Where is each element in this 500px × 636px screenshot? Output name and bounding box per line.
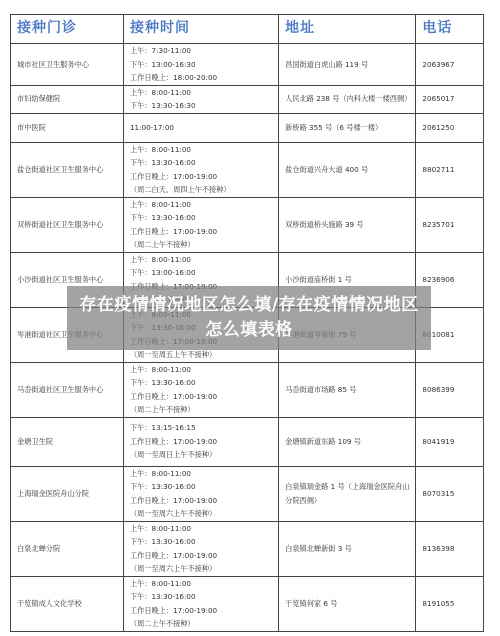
title-overlay-banner: 存在疫情情况地区怎么填/存在疫情情况地区怎么填表格 [67, 286, 431, 350]
time-line: （周二上午不接种） [130, 403, 278, 417]
cell-phone: 8136398 [416, 521, 484, 576]
time-line: 下午：13:30-16:30 [130, 99, 278, 113]
cell-address: 白泉镇瑞金路 1 号（上海瑞金医院舟山分院西侧） [279, 466, 416, 521]
table-row: 城市社区卫生服务中心上午：7:30-11:00下午：13:00-16:30工作日… [11, 44, 484, 86]
cell-address: 干览镇何家 6 号 [279, 576, 416, 631]
time-line: 下午：13:30-16:00 [130, 156, 278, 170]
cell-address: 昌国街道白虎山路 119 号 [279, 44, 416, 86]
cell-time: 上午：8:00-11:00下午：13:30-16:00工作日晚上：17:00-1… [123, 576, 278, 631]
time-line: 下午：13:00-16:30 [130, 58, 278, 72]
time-line: 上午：8:00-11:00 [130, 143, 278, 157]
time-line: 上午：8:00-11:00 [130, 253, 278, 267]
time-line: 上午：7:30-11:00 [130, 44, 278, 58]
time-line: 工作日晚上：17:00-19:00 [130, 390, 278, 404]
table-row: 盐仓街道社区卫生服务中心上午：8:00-11:00下午：13:30-16:00工… [11, 142, 484, 197]
time-line: 下午：13:00-16:00 [130, 266, 278, 280]
time-line: （周一至周六上午不接种） [130, 562, 278, 576]
cell-phone: 8191055 [416, 576, 484, 631]
cell-clinic: 盐仓街道社区卫生服务中心 [11, 142, 124, 197]
cell-clinic: 上海瑞金医院舟山分院 [11, 466, 124, 521]
cell-phone: 8041919 [416, 417, 484, 466]
cell-clinic: 马岙街道社区卫生服务中心 [11, 362, 124, 417]
time-line: 下午：13:30-16:00 [130, 211, 278, 225]
table-row: 市妇幼保健院上午：8:00-11:00下午：13:30-16:30人民北路 23… [11, 85, 484, 113]
cell-time: 上午：8:00-11:00下午：13:30-16:00工作日晚上：17:00-1… [123, 466, 278, 521]
overlay-title: 存在疫情情况地区怎么填/存在疫情情况地区怎么填表格 [79, 293, 419, 343]
cell-time: 11:00-17:00 [123, 113, 278, 142]
cell-clinic: 市中医院 [11, 113, 124, 142]
cell-address: 双桥街道桥头施路 39 号 [279, 197, 416, 252]
cell-time: 上午：8:00-11:00下午：13:30-16:00工作日晚上：17:00-1… [123, 142, 278, 197]
table-row: 双桥街道社区卫生服务中心上午：8:00-11:00下午：13:30-16:00工… [11, 197, 484, 252]
cell-clinic: 市妇幼保健院 [11, 85, 124, 113]
time-line: 下午：13:30-16:00 [130, 480, 278, 494]
time-line: 下午：13:30-16:00 [130, 376, 278, 390]
cell-address: 金塘镇新道东路 109 号 [279, 417, 416, 466]
cell-phone: 2065017 [416, 85, 484, 113]
table-row: 干览镇成人文化学校上午：8:00-11:00下午：13:30-16:00工作日晚… [11, 576, 484, 631]
time-line: 工作日晚上：17:00-19:00 [130, 225, 278, 239]
table-row: 市中医院11:00-17:00新桥路 355 号（6 号楼一楼）2061250 [11, 113, 484, 142]
cell-phone: 8086399 [416, 362, 484, 417]
table-header-row: 接种门诊 接种时间 地址 电话 [11, 15, 484, 44]
cell-phone: 8235701 [416, 197, 484, 252]
time-line: （周二上午不接种） [130, 238, 278, 252]
table-row: 上海瑞金医院舟山分院上午：8:00-11:00下午：13:30-16:00工作日… [11, 466, 484, 521]
cell-time: 上午：8:00-11:00下午：13:30-16:00工作日晚上：17:00-1… [123, 521, 278, 576]
cell-address: 人民北路 238 号（内科大楼一楼西侧） [279, 85, 416, 113]
time-line: 工作日晚上：17:00-19:00 [130, 170, 278, 184]
cell-clinic: 双桥街道社区卫生服务中心 [11, 197, 124, 252]
cell-address: 白泉镇北蝉新街 3 号 [279, 521, 416, 576]
time-line: （周一至周日上午不接种） [130, 448, 278, 462]
cell-phone: 8802711 [416, 142, 484, 197]
time-line: 上午：8:00-11:00 [130, 198, 278, 212]
cell-time: 下午：13:15-16:15工作日晚上：17:00-19:00（周一至周日上午不… [123, 417, 278, 466]
cell-phone: 2063967 [416, 44, 484, 86]
time-line: 11:00-17:00 [130, 121, 278, 135]
time-line: （周二上午不接种） [130, 617, 278, 631]
time-line: 上午：8:00-11:00 [130, 522, 278, 536]
time-line: 工作日晚上：17:00-19:00 [130, 494, 278, 508]
cell-phone: 8070315 [416, 466, 484, 521]
time-line: 下午：13:30-16:00 [130, 535, 278, 549]
cell-phone: 2061250 [416, 113, 484, 142]
cell-time: 上午：8:00-11:00下午：13:30-16:00工作日晚上：17:00-1… [123, 362, 278, 417]
time-line: （周二白天、周四上午不接种） [130, 183, 278, 197]
cell-time: 上午：7:30-11:00下午：13:00-16:30工作日晚上：18:00-2… [123, 44, 278, 86]
cell-address: 新桥路 355 号（6 号楼一楼） [279, 113, 416, 142]
header-phone: 电话 [416, 15, 484, 44]
cell-time: 上午：8:00-11:00下午：13:30-16:00工作日晚上：17:00-1… [123, 197, 278, 252]
cell-clinic: 干览镇成人文化学校 [11, 576, 124, 631]
time-line: （周一至周五上午不接种） [130, 348, 278, 362]
time-line: 工作日晚上：17:00-19:00 [130, 549, 278, 563]
time-line: 下午：13:15-16:15 [130, 421, 278, 435]
cell-clinic: 城市社区卫生服务中心 [11, 44, 124, 86]
time-line: （周一至周六上午不接种） [130, 507, 278, 521]
cell-address: 盐仓街道兴舟大道 400 号 [279, 142, 416, 197]
cell-clinic: 金塘卫生院 [11, 417, 124, 466]
time-line: 工作日晚上：17:00-19:00 [130, 435, 278, 449]
time-line: 上午：8:00-11:00 [130, 363, 278, 377]
header-clinic: 接种门诊 [11, 15, 124, 44]
time-line: 工作日晚上：17:00-19:00 [130, 604, 278, 618]
time-line: 上午：8:00-11:00 [130, 577, 278, 591]
table-row: 马岙街道社区卫生服务中心上午：8:00-11:00下午：13:30-16:00工… [11, 362, 484, 417]
cell-clinic: 白泉北蝉分院 [11, 521, 124, 576]
time-line: 上午：8:00-11:00 [130, 86, 278, 100]
time-line: 工作日晚上：18:00-20:00 [130, 71, 278, 85]
header-address: 地址 [279, 15, 416, 44]
header-time: 接种时间 [123, 15, 278, 44]
cell-time: 上午：8:00-11:00下午：13:30-16:30 [123, 85, 278, 113]
time-line: 下午：13:30-16:00 [130, 590, 278, 604]
cell-address: 马岙街道市场路 85 号 [279, 362, 416, 417]
table-row: 白泉北蝉分院上午：8:00-11:00下午：13:30-16:00工作日晚上：1… [11, 521, 484, 576]
time-line: 上午：8:00-11:00 [130, 467, 278, 481]
table-row: 金塘卫生院下午：13:15-16:15工作日晚上：17:00-19:00（周一至… [11, 417, 484, 466]
